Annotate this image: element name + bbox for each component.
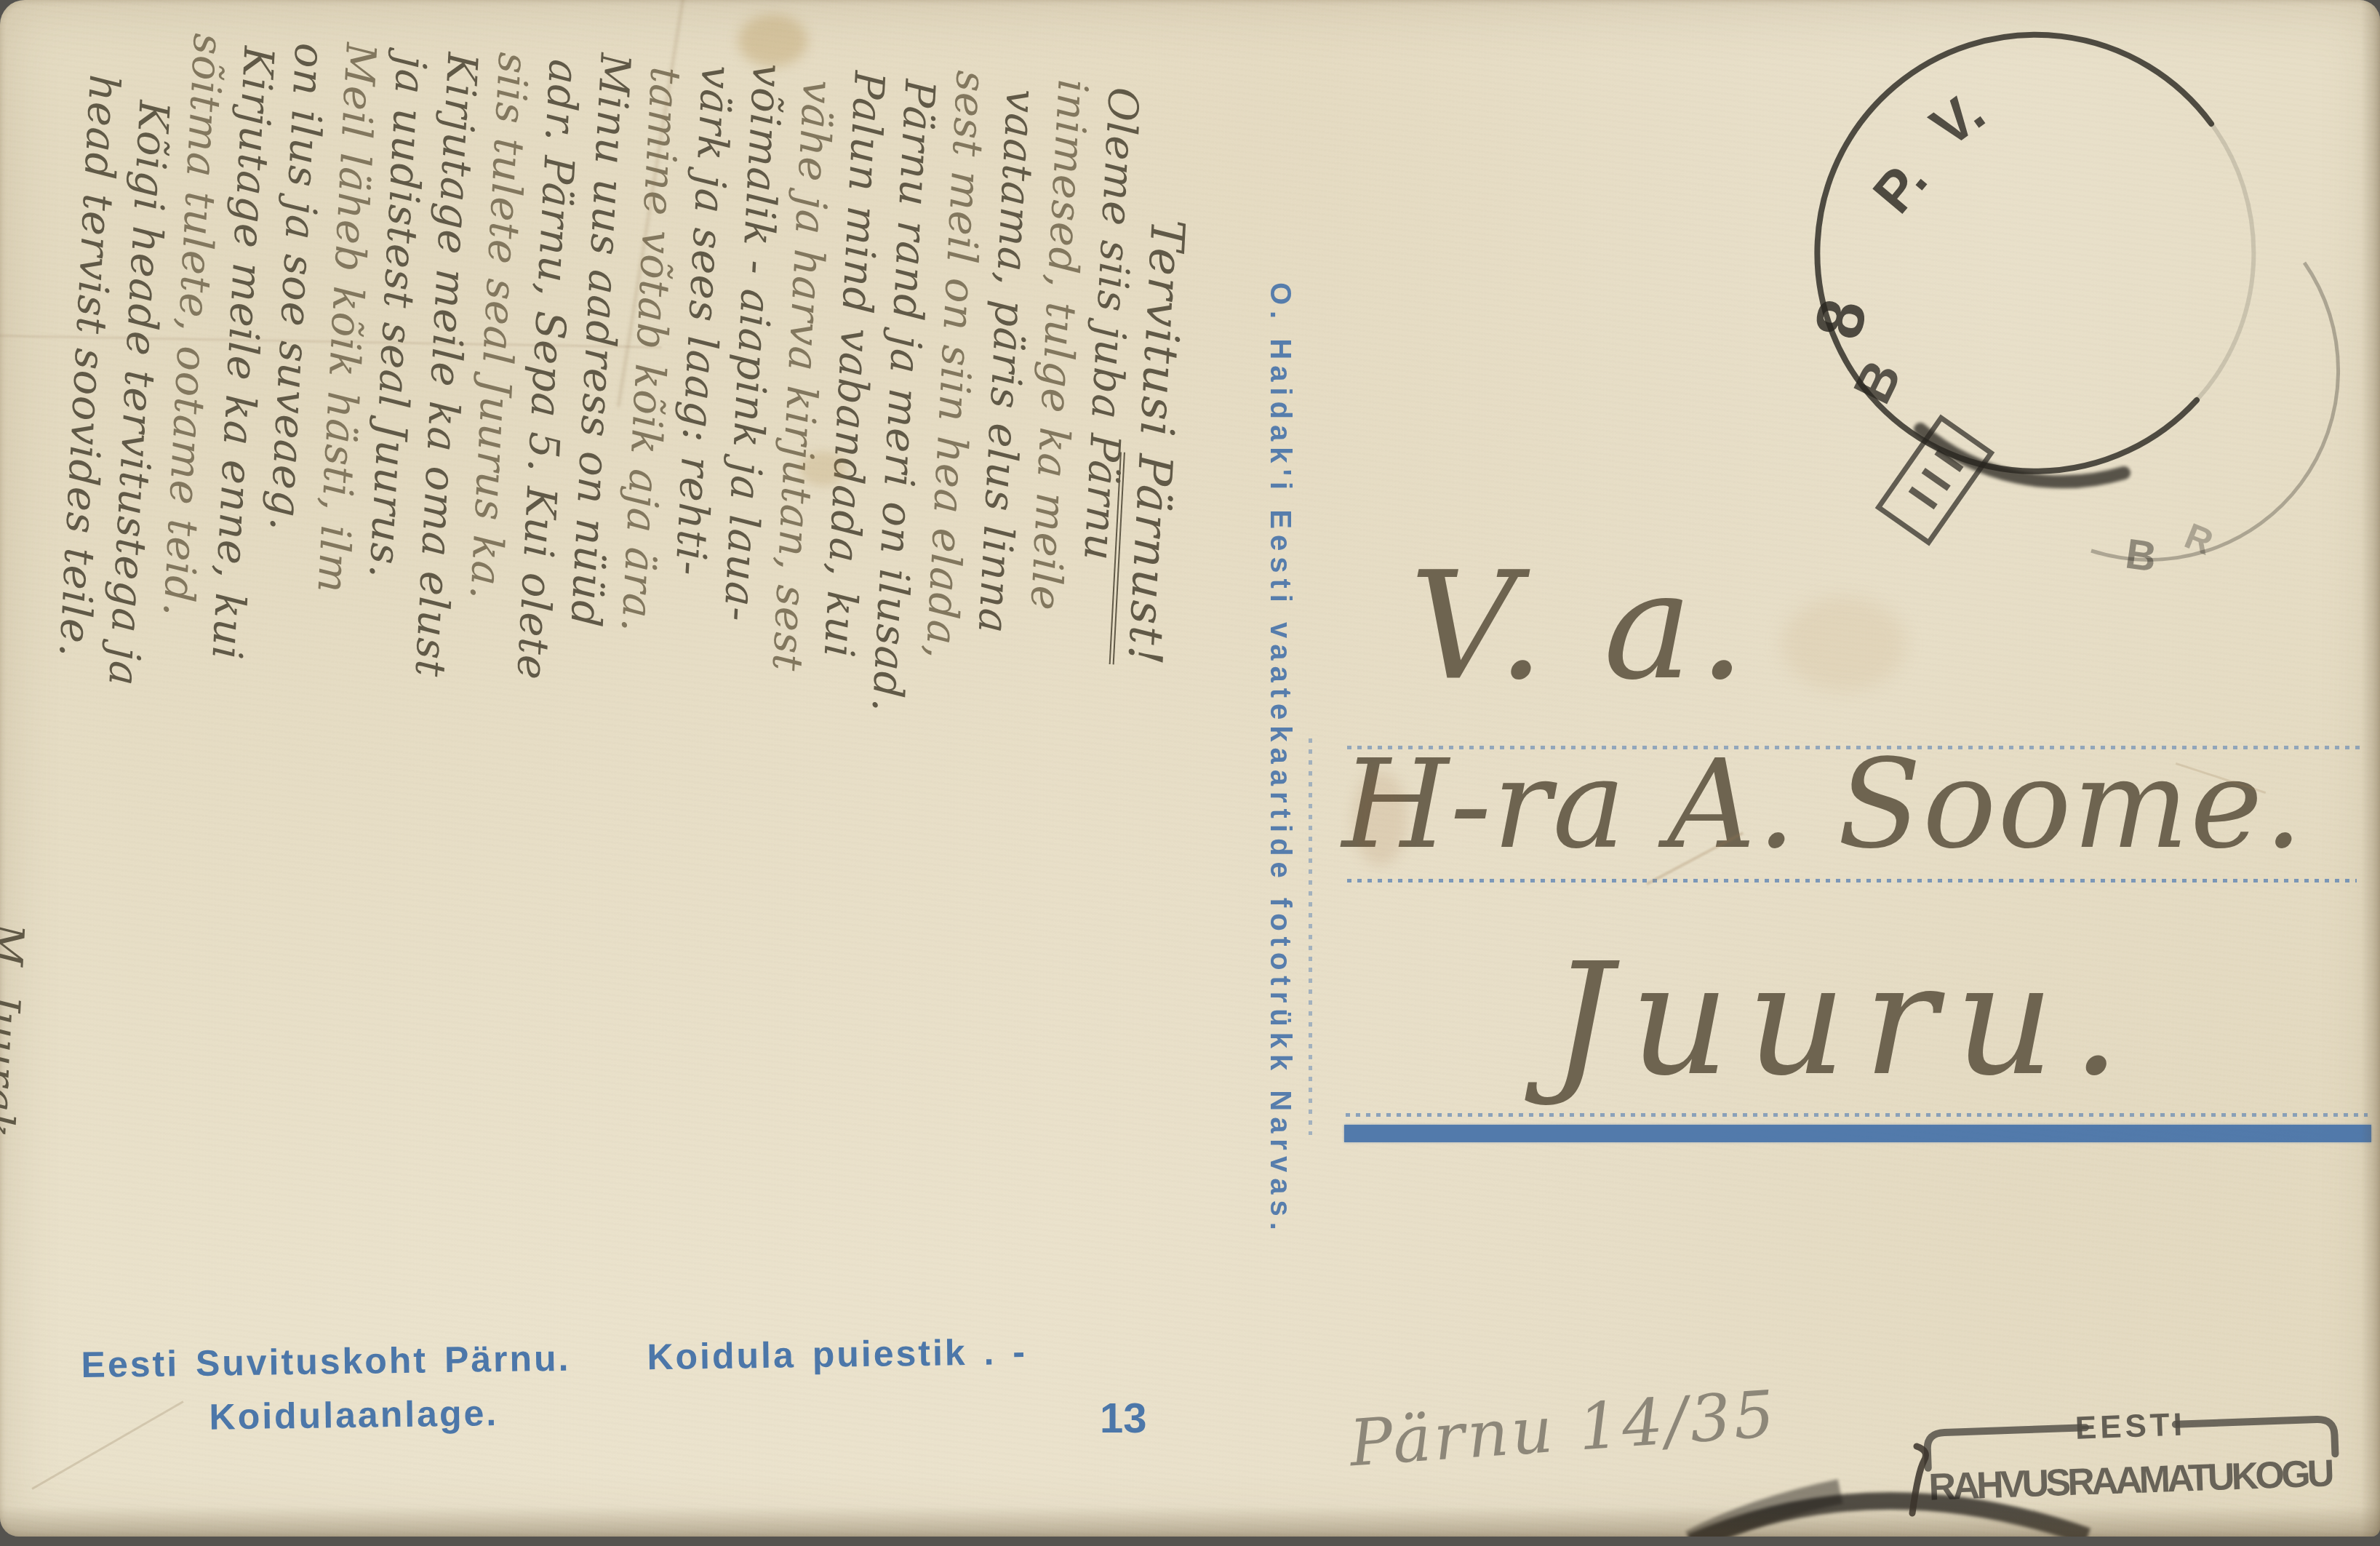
address-rule-solid <box>1344 1125 2371 1142</box>
address-rule-dotted-2 <box>1347 879 2357 882</box>
postmark-box-mark: III <box>1899 433 1979 517</box>
address-rule-dashed <box>1346 1113 2368 1117</box>
postmark-letter: V. <box>1919 79 1996 159</box>
postmark-letter: B <box>1842 351 1913 413</box>
handwritten-message: Tervitusi Pärnust! Oleme siis juba Pärnu… <box>0 0 1202 1529</box>
postmark-letter: 8 <box>1801 293 1881 345</box>
publisher-imprint: O. Haidak'i Eesti vaatekaartide fototrük… <box>1263 282 1296 1236</box>
card-edge-shadow <box>2361 0 2380 1537</box>
postmark-stamp: P. V. 8 B III B R <box>1746 7 2380 648</box>
address-recipient: H-ra A. Soome. <box>1342 733 2304 876</box>
card-edge-shadow <box>0 1506 2380 1537</box>
postmark-faint-letter: B <box>2123 530 2160 581</box>
address-place: Juuru. <box>1551 930 2138 1109</box>
address-salutation: V. a. <box>1410 540 1752 713</box>
postcard-back: Eesti Suvituskoht Pärnu.Koidula puiestik… <box>0 0 2380 1537</box>
postcard-scan: Eesti Suvituskoht Pärnu.Koidula puiestik… <box>0 0 2380 1546</box>
message-block: Tervitusi Pärnust! Oleme siis juba Pärnu… <box>0 0 1202 1529</box>
postmark-letter: P. <box>1861 148 1939 225</box>
address-rule-vertical <box>1309 738 1312 1135</box>
